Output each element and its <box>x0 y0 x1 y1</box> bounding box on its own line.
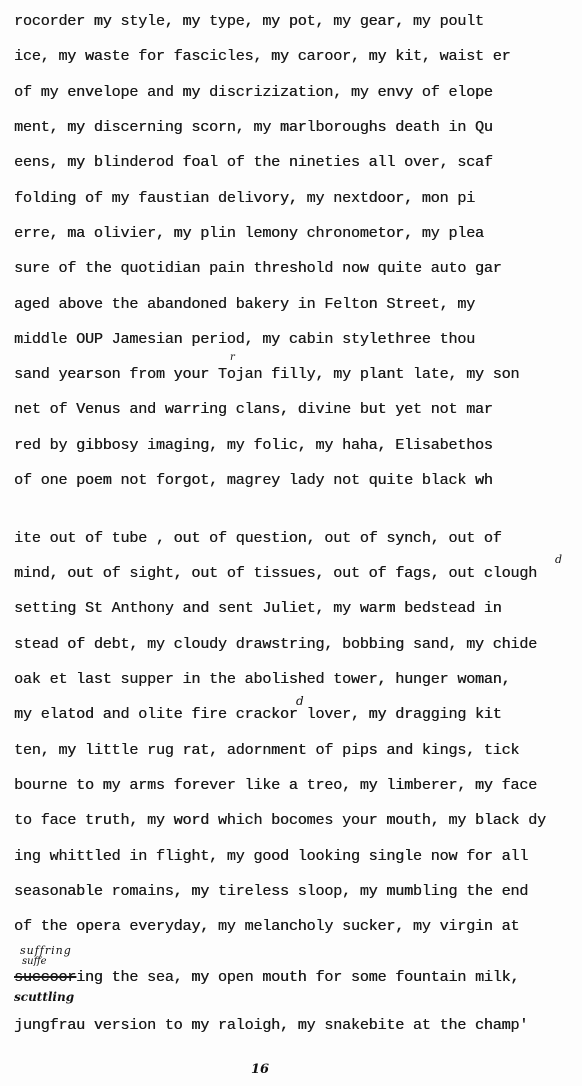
text-line: aged above the abandoned bakery in Felto… <box>14 294 475 314</box>
struck-word: succoor <box>14 968 76 986</box>
text-line: of my envelope and my discrizization, my… <box>14 82 493 102</box>
text-line: folding of my faustian delivory, my next… <box>14 188 475 208</box>
text-line: bourne to my arms forever like a treo, m… <box>14 775 537 795</box>
typescript-page: rocorder my style, my type, my pot, my g… <box>0 0 582 1086</box>
handwritten-correction: suffe <box>22 956 47 967</box>
text-line: ite out of tube , out of question, out o… <box>14 528 502 548</box>
text-line: oak et last supper in the abolished towe… <box>14 669 510 689</box>
text-line: setting St Anthony and sent Juliet, my w… <box>14 598 502 618</box>
text-line: stead of debt, my cloudy drawstring, bob… <box>14 634 537 654</box>
handwritten-insert: r <box>230 352 235 363</box>
text-line: of one poem not forgot, magrey lady not … <box>14 470 493 490</box>
text-line: sand yearson from your Tojan filly, my p… <box>14 364 519 384</box>
text-line: of the opera everyday, my melancholy suc… <box>14 916 519 936</box>
text-line-with-strikeout: succooring the sea, my open mouth for so… <box>14 967 519 987</box>
text-line: middle OUP Jamesian period, my cabin sty… <box>14 329 475 349</box>
text-line: ten, my little rug rat, adornment of pip… <box>14 740 519 760</box>
text-line: my elatod and olite fire crackor lover, … <box>14 704 502 724</box>
handwritten-correction: scuttling <box>14 990 74 1004</box>
text-line: to face truth, my word which bocomes you… <box>14 810 546 830</box>
text-line: ing whittled in flight, my good looking … <box>14 846 528 866</box>
text-line: sure of the quotidian pain threshold now… <box>14 258 502 278</box>
text-line: ment, my discerning scorn, my marlboroug… <box>14 117 493 137</box>
text-line: net of Venus and warring clans, divine b… <box>14 399 493 419</box>
text-line: erre, ma olivier, my plin lemony chronom… <box>14 223 484 243</box>
text-line: eens, my blinderod foal of the nineties … <box>14 152 493 172</box>
handwritten-insert: d <box>555 553 562 566</box>
handwritten-insert: d <box>296 694 304 708</box>
text-line: mind, out of sight, out of tissues, out … <box>14 563 537 583</box>
page-number: 16 <box>251 1062 269 1077</box>
text-line: ice, my waste for fascicles, my caroor, … <box>14 46 510 66</box>
text-line: seasonable romains, my tireless sloop, m… <box>14 881 528 901</box>
text-line: rocorder my style, my type, my pot, my g… <box>14 11 484 31</box>
line-remainder: ing the sea, my open mouth for some foun… <box>76 968 519 986</box>
text-line: red by gibbosy imaging, my folic, my hah… <box>14 435 493 455</box>
text-line: jungfrau version to my raloigh, my snake… <box>14 1015 528 1035</box>
